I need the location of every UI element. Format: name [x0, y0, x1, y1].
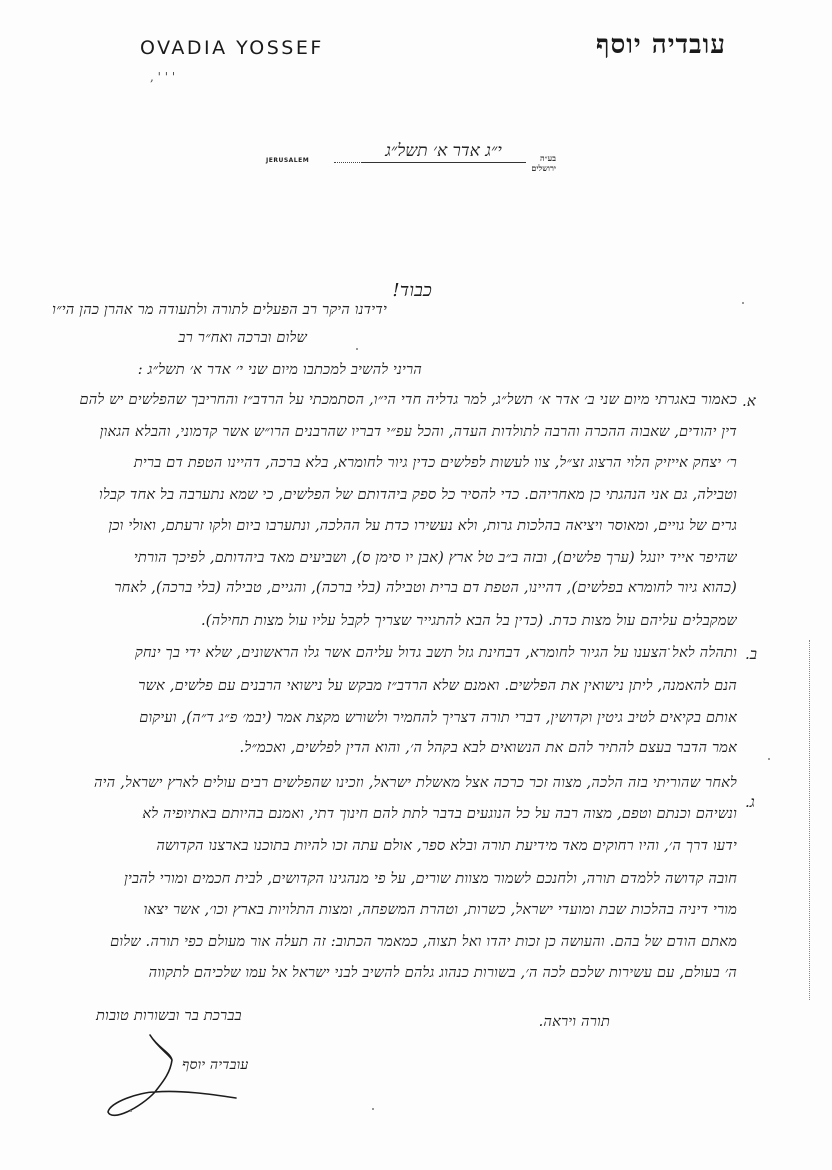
- scan-margin-dotted-line: [809, 640, 810, 1000]
- body-line: מאתם הודם של בהם. והעושה כן זכות יהדו וא…: [47, 934, 737, 951]
- opening-line: הריני להשיב למכתבו מיום שני י׳ אדר א׳ תש…: [138, 362, 422, 379]
- addressee-line: ידידנו היקר רב הפעלים לתורה ולתעודה מר א…: [52, 302, 387, 319]
- salutation: כבוד!: [392, 280, 432, 301]
- body-line: ה׳ בעולם, עם עשירות שלכם לכה ה׳, בשורות …: [47, 965, 737, 982]
- paragraph-number: א.: [742, 392, 756, 411]
- body-line: ר׳ יצחק אייזיק הלוי הרצוג זצ״ל, צוו לעשו…: [47, 455, 737, 472]
- dateline: JERUSALEM י״ג אדר א׳ תשל״ג בע״ה ירושלים: [266, 140, 556, 170]
- letterhead-marks: , ' ' ': [150, 70, 175, 84]
- greeting-line: שלום וברכה ואח״ר רב: [178, 330, 307, 347]
- signature-flourish-icon: [100, 1030, 260, 1120]
- body-line: כאמור באגרתי מיום שני ב׳ אדר א׳ תשל״ג, ל…: [47, 392, 737, 409]
- dateline-handwritten-date: י״ג אדר א׳ תשל״ג: [361, 140, 526, 163]
- paragraph-number: ג.: [745, 793, 755, 812]
- body-line: וטבילה, גם אני הנהגתי כן מאחריהם. כדי לה…: [47, 487, 737, 504]
- body-line: שהיפר אייד יונגל (ערך פלשים), ובזה ב״ב ט…: [47, 550, 737, 567]
- letter-page: OVADIA YOSSEF עובדיה יוסף , ' ' ' JERUSA…: [0, 0, 832, 1170]
- dateline-city-hebrew: בע״ה ירושלים: [522, 153, 556, 173]
- letterhead-name-hebrew: עובדיה יוסף: [596, 30, 726, 60]
- body-line: אותם בקיאים לטיב גיטין וקדושין, דברי תור…: [47, 710, 737, 727]
- final-line: תורה ויראה.: [539, 1014, 610, 1031]
- body-line: מורי דיניה בהלכות שבת ומועדי ישראל, כשרו…: [47, 902, 737, 919]
- body-line: (כהוא גיור לחומרא בפלשים), דהיינו, הטפת …: [47, 580, 737, 597]
- paragraph-number: ב.: [745, 645, 757, 664]
- body-line: ידעו דרך ה׳, והיו רחוקים מאד מידיעת תורה…: [47, 838, 737, 855]
- body-line: דין יהודים, שאבוה ההכרה והרבה לתולדות הע…: [47, 424, 737, 441]
- closing-line: בברכת בר ובשורות טובות: [96, 1008, 242, 1025]
- body-line: חובה קדושה ללמדם תורה, ולחנכם לשמור מצוו…: [47, 871, 737, 888]
- body-line: לאחר שהוריתי בזה הלכה, מצוה זכר כרכה אצל…: [47, 775, 737, 792]
- body-line: ונשיהם וכנתם וטפם, מצוה רבה על כל הנוגעי…: [47, 806, 737, 823]
- dateline-city-english: JERUSALEM: [266, 157, 309, 164]
- letterhead-name-english: OVADIA YOSSEF: [140, 37, 324, 59]
- body-line: ותהלה לאל הצענו על הגיור לחומרא, דבחינת …: [47, 645, 737, 662]
- body-line: גרים של גויים, ומאוסר ויציאה בהלכות גרות…: [47, 518, 737, 535]
- body-line: שמקבלים עליהם עול מצות כדת. (כדין בל הבא…: [47, 613, 737, 630]
- body-line: אמר הדבר בעצם להתיר להם את הנשואים לבא ב…: [47, 740, 737, 757]
- body-line: הנם להאמנה, ליתן נישואין את הפלשים. ואמנ…: [47, 678, 737, 695]
